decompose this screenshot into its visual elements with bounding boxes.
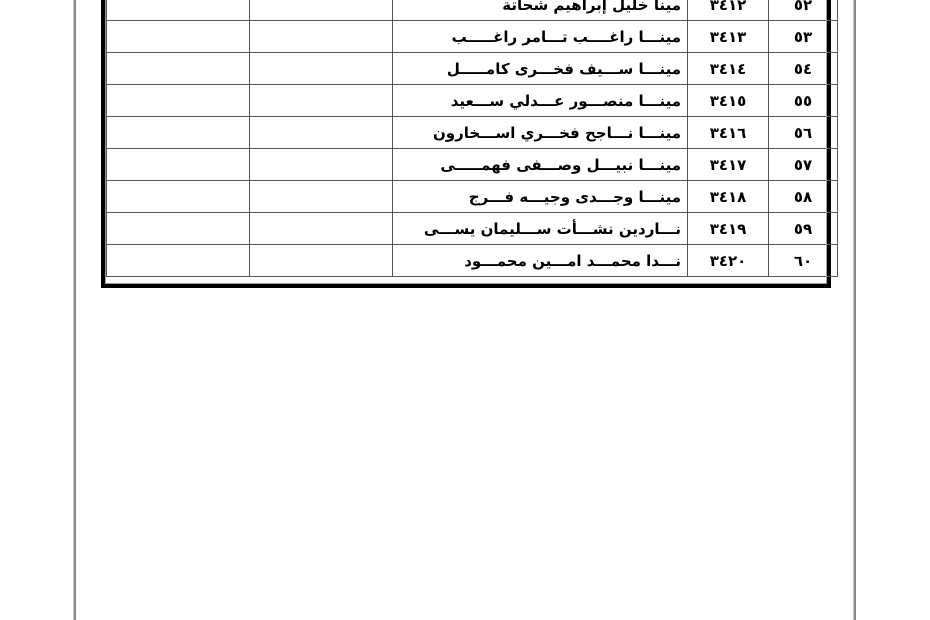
blank-cell <box>107 53 250 85</box>
blank-cell <box>107 181 250 213</box>
table-row: ٥٥ ٣٤١٥ مينـــا منصـــور عـــدلي ســـعيد <box>107 85 838 117</box>
code-cell: ٣٤١٧ <box>688 149 769 181</box>
serial-cell: ٥٦ <box>769 117 838 149</box>
serial-cell: ٥٩ <box>769 213 838 245</box>
blank-cell <box>107 213 250 245</box>
table-row: ٥٩ ٣٤١٩ نـــاردين نشـــأت ســـليمان يســ… <box>107 213 838 245</box>
blank-cell <box>250 21 393 53</box>
table-row: ٥٢ ٣٤١٢ مينا خليل إبراهيم شحاتة <box>107 0 838 21</box>
blank-cell <box>250 245 393 277</box>
code-cell: ٣٤١٦ <box>688 117 769 149</box>
table-row: ٥٦ ٣٤١٦ مينـــا نـــاجح فخـــري اســـخار… <box>107 117 838 149</box>
code-cell: ٣٤١٨ <box>688 181 769 213</box>
name-cell: نـــدا محمـــد امـــين محمـــود <box>393 245 688 277</box>
table-row: ٥٨ ٣٤١٨ مينـــا وجـــدى وجيـــه فـــرج <box>107 181 838 213</box>
code-cell: ٣٤١٢ <box>688 0 769 21</box>
table-row: ٦٠ ٣٤٢٠ نـــدا محمـــد امـــين محمـــود <box>107 245 838 277</box>
page-right-edge <box>853 0 856 620</box>
roster-table: ٥٢ ٣٤١٢ مينا خليل إبراهيم شحاتة ٥٣ ٣٤١٣ … <box>106 0 838 277</box>
blank-cell <box>107 21 250 53</box>
blank-cell <box>250 85 393 117</box>
name-cell: مينـــا منصـــور عـــدلي ســـعيد <box>393 85 688 117</box>
name-cell: مينا خليل إبراهيم شحاتة <box>393 0 688 21</box>
code-cell: ٣٤١٥ <box>688 85 769 117</box>
blank-cell <box>250 53 393 85</box>
name-cell: مينـــا ســـيف فخـــرى كامـــــل <box>393 53 688 85</box>
roster-table-frame: ٥٢ ٣٤١٢ مينا خليل إبراهيم شحاتة ٥٣ ٣٤١٣ … <box>101 0 831 288</box>
name-cell: مينـــا وجـــدى وجيـــه فـــرج <box>393 181 688 213</box>
page-left-edge <box>73 0 76 620</box>
serial-cell: ٥٨ <box>769 181 838 213</box>
name-cell: مينـــا راغــــب تـــامر راغـــــب <box>393 21 688 53</box>
blank-cell <box>107 117 250 149</box>
serial-cell: ٥٥ <box>769 85 838 117</box>
blank-cell <box>250 149 393 181</box>
code-cell: ٣٤١٤ <box>688 53 769 85</box>
blank-cell <box>250 181 393 213</box>
table-row: ٥٧ ٣٤١٧ مينـــا نبيـــل وصـــفى فهمـــــ… <box>107 149 838 181</box>
serial-cell: ٥٢ <box>769 0 838 21</box>
serial-cell: ٥٤ <box>769 53 838 85</box>
code-cell: ٣٤١٩ <box>688 213 769 245</box>
blank-cell <box>107 0 250 21</box>
name-cell: مينـــا نبيـــل وصـــفى فهمـــــى <box>393 149 688 181</box>
blank-cell <box>107 149 250 181</box>
name-cell: مينـــا نـــاجح فخـــري اســـخارون <box>393 117 688 149</box>
table-row: ٥٤ ٣٤١٤ مينـــا ســـيف فخـــرى كامـــــل <box>107 53 838 85</box>
code-cell: ٣٤١٣ <box>688 21 769 53</box>
blank-cell <box>107 85 250 117</box>
serial-cell: ٥٧ <box>769 149 838 181</box>
serial-cell: ٥٣ <box>769 21 838 53</box>
document-page: ٥٢ ٣٤١٢ مينا خليل إبراهيم شحاتة ٥٣ ٣٤١٣ … <box>0 0 930 620</box>
table-row: ٥٣ ٣٤١٣ مينـــا راغــــب تـــامر راغــــ… <box>107 21 838 53</box>
blank-cell <box>107 245 250 277</box>
blank-cell <box>250 213 393 245</box>
serial-cell: ٦٠ <box>769 245 838 277</box>
blank-cell <box>250 0 393 21</box>
name-cell: نـــاردين نشـــأت ســـليمان يســـى <box>393 213 688 245</box>
blank-cell <box>250 117 393 149</box>
code-cell: ٣٤٢٠ <box>688 245 769 277</box>
